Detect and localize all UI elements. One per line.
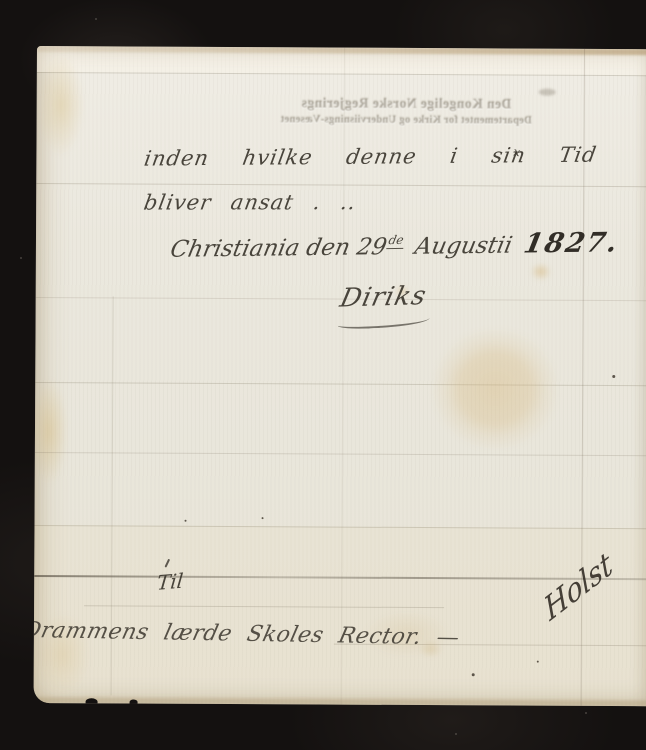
- backdrop-speck: [95, 18, 97, 20]
- letterhead-line2: Departementet for Kirke og Underviisning…: [249, 114, 564, 127]
- foxing-spot: [528, 261, 554, 283]
- handwritten-dateline: Christiania den 29deAugustii1827.: [168, 227, 622, 264]
- ink-speck: [185, 520, 187, 522]
- letter-paper: Den Kongelige Norske Regjerings Departem…: [34, 46, 646, 706]
- handwritten-body-line2: bliver ansat . ..: [142, 190, 358, 214]
- date-place-day: Christiania den 29: [168, 234, 389, 263]
- backdrop-speck: [585, 712, 587, 714]
- date-year: 1827.: [521, 227, 622, 259]
- signature-diriks: Diriks: [337, 281, 429, 313]
- ink-speck: [612, 375, 615, 378]
- embossed-letterhead: Den Kongelige Norske Regjerings Departem…: [249, 95, 564, 127]
- salutation-til: Til: [156, 569, 184, 595]
- letterhead-line1: Den Kongelige Norske Regjerings: [249, 95, 564, 113]
- backdrop-speck: [20, 257, 22, 259]
- handwritten-body-line1: inden hvilke denne i sin Tid: [142, 143, 598, 171]
- foxing-stain-large: [430, 326, 561, 452]
- backdrop-speck: [455, 733, 457, 735]
- ink-speck: [537, 661, 539, 663]
- embossed-mark: [539, 89, 556, 96]
- photo-of-letter: Den Kongelige Norske Regjerings Departem…: [0, 0, 646, 750]
- ink-speck: [472, 673, 475, 676]
- ink-speck: [262, 517, 264, 519]
- date-month: Augustii: [413, 233, 515, 260]
- date-ordinal-superscript: de: [386, 233, 406, 249]
